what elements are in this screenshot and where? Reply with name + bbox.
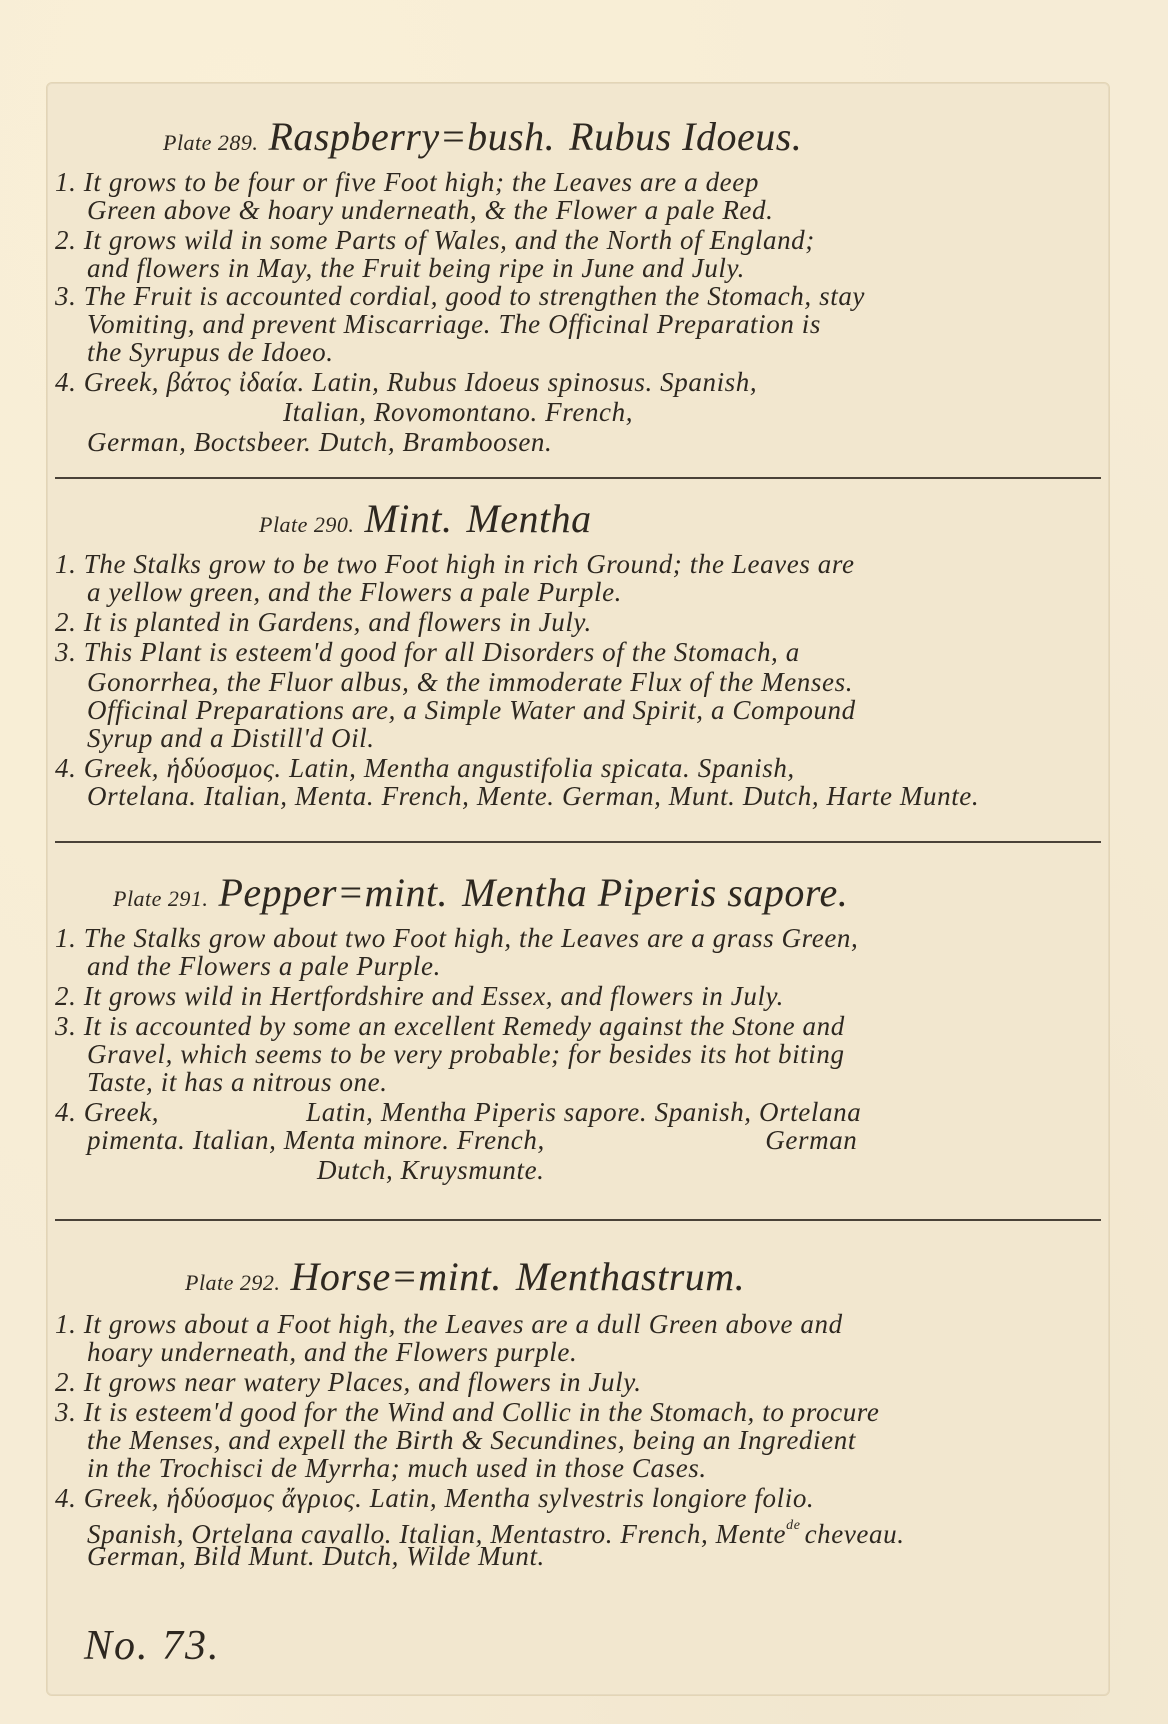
text-line: 2. It grows wild in some Parts of Wales,… xyxy=(55,225,815,255)
latin-name: Menthastrum. xyxy=(516,1254,745,1299)
plate-number: Plate 291. xyxy=(113,886,208,911)
text-line: Officinal Preparations are, a Simple Wat… xyxy=(87,695,856,725)
text-line: Ortelana. Italian, Menta. French, Mente.… xyxy=(87,781,979,811)
text-line: the Syrupus de Idoeo. xyxy=(87,337,334,367)
entry-heading: Plate 291.Pepper=mint.Mentha Piperis sap… xyxy=(113,869,848,916)
text-line: hoary underneath, and the Flowers purple… xyxy=(87,1337,577,1367)
text-line: Vomiting, and prevent Miscarriage. The O… xyxy=(87,309,821,339)
text-line: 2. It grows wild in Hertfordshire and Es… xyxy=(55,981,784,1011)
text-line: the Menses, and expell the Birth & Secun… xyxy=(87,1425,856,1455)
entry-heading: Plate 289.Raspberry=bush.Rubus Idoeus. xyxy=(163,113,802,160)
text-line: Italian, Rovomontano. French, xyxy=(283,397,633,427)
text-line: Dutch, Kruysmunte. xyxy=(317,1155,545,1185)
folio-number: No. 73. xyxy=(84,1622,221,1670)
common-name: Mint. xyxy=(364,496,452,541)
text-line-tail: cheveau. xyxy=(805,1519,905,1549)
section-divider xyxy=(55,477,1101,479)
plate-number: Plate 290. xyxy=(259,512,354,537)
text-line: 4. Greek, Latin, Mentha Piperis sapore. … xyxy=(55,1097,861,1127)
entry-heading: Plate 292.Horse=mint.Menthastrum. xyxy=(185,1253,745,1300)
text-line: 2. It is planted in Gardens, and flowers… xyxy=(55,607,592,637)
text-line: pimenta. Italian, Menta minore. French, … xyxy=(87,1125,857,1155)
entry-heading: Plate 290.Mint.Mentha xyxy=(259,495,592,542)
common-name: Pepper=mint. xyxy=(218,870,448,915)
text-line: German, Bild Munt. Dutch, Wilde Munt. xyxy=(87,1541,545,1571)
text-line: 3. It is accounted by some an excellent … xyxy=(55,1011,845,1041)
text-line: 1. It grows about a Foot high, the Leave… xyxy=(55,1309,843,1339)
text-line: Gravel, which seems to be very probable;… xyxy=(87,1039,845,1069)
text-line: German, Boctsbeer. Dutch, Bramboosen. xyxy=(87,427,552,457)
text-line: 3. This Plant is esteem'd good for all D… xyxy=(55,637,800,667)
text-line: and flowers in May, the Fruit being ripe… xyxy=(87,253,745,283)
engraved-plate: Plate 289.Raspberry=bush.Rubus Idoeus. 1… xyxy=(46,82,1110,1696)
section-divider xyxy=(55,841,1101,843)
text-line: Gonorrhea, the Fluor albus, & the immode… xyxy=(87,667,853,697)
text-line: 2. It grows near watery Places, and flow… xyxy=(55,1367,642,1397)
text-line: 1. The Stalks grow to be two Foot high i… xyxy=(55,549,855,579)
text-line: 4. Greek, ἡδύοσμος. Latin, Mentha angust… xyxy=(55,753,795,783)
text-line: 3. The Fruit is accounted cordial, good … xyxy=(55,281,865,311)
text-line: 1. It grows to be four or five Foot high… xyxy=(55,167,759,197)
superscript-note: de xyxy=(786,1518,800,1533)
common-name: Raspberry=bush. xyxy=(268,114,555,159)
text-line: 4. Greek, ἡδύοσμος ἄγριος. Latin, Mentha… xyxy=(55,1483,814,1513)
text-line: a yellow green, and the Flowers a pale P… xyxy=(87,577,622,607)
plate-number: Plate 292. xyxy=(185,1270,280,1295)
section-divider xyxy=(55,1219,1101,1221)
latin-name: Rubus Idoeus. xyxy=(569,114,802,159)
latin-name: Mentha xyxy=(466,496,591,541)
text-line: in the Trochisci de Myrrha; much used in… xyxy=(87,1453,707,1483)
latin-name: Mentha Piperis sapore. xyxy=(462,870,848,915)
text-line: 3. It is esteem'd good for the Wind and … xyxy=(55,1397,879,1427)
common-name: Horse=mint. xyxy=(290,1254,501,1299)
text-line: 1. The Stalks grow about two Foot high, … xyxy=(55,923,858,953)
plate-number: Plate 289. xyxy=(163,130,258,155)
text-line: and the Flowers a pale Purple. xyxy=(87,951,441,981)
text-line: Green above & hoary underneath, & the Fl… xyxy=(87,195,773,225)
text-line: Taste, it has a nitrous one. xyxy=(87,1067,388,1097)
text-line: Syrup and a Distill'd Oil. xyxy=(87,723,375,753)
text-line: 4. Greek, βάτος ἰδαία. Latin, Rubus Idoe… xyxy=(55,367,757,397)
